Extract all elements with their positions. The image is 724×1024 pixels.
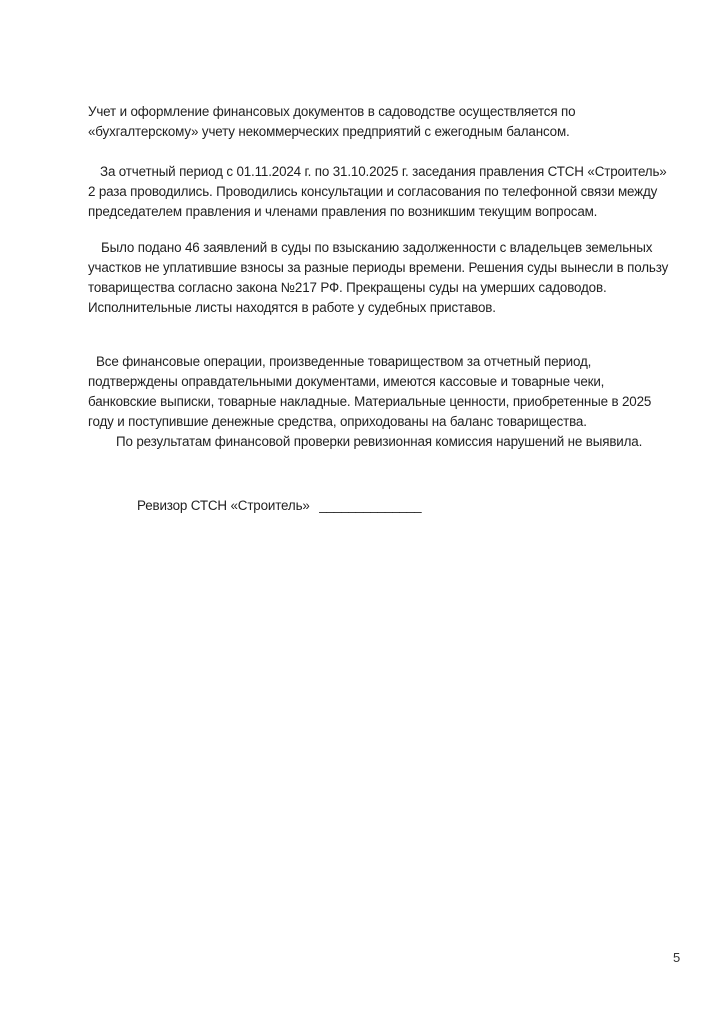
paragraph-court-claims-line-1: Было подано 46 заявлений в суды по взыск… [101, 240, 652, 256]
paragraph-accounting-line-2: «бухгалтерскому» учету некоммерческих пр… [88, 124, 570, 140]
page-number: 5 [673, 950, 680, 965]
signature-line: ______________ [319, 498, 421, 513]
paragraph-accounting-line-1: Учет и оформление финансовых документов … [88, 104, 575, 120]
paragraph-board-meetings-line-3: председателем правления и членами правле… [88, 204, 597, 220]
paragraph-financial-operations-line-3: банковские выписки, товарные накладные. … [88, 394, 651, 410]
paragraph-board-meetings-line-2: 2 раза проводились. Проводились консульт… [88, 184, 657, 200]
paragraph-financial-operations-line-4: году и поступившие денежные средства, оп… [88, 414, 587, 430]
signature-label: Ревизор СТСН «Строитель» [137, 498, 310, 513]
signature-block: Ревизор СТСН «Строитель» ______________ [137, 498, 421, 514]
paragraph-court-claims-line-2: участков не уплатившие взносы за разные … [88, 260, 668, 276]
paragraph-financial-operations-line-2: подтверждены оправдательными документами… [88, 374, 604, 390]
paragraph-audit-conclusion-line-1: По результатам финансовой проверки ревиз… [116, 434, 642, 450]
document-page: Учет и оформление финансовых документов … [0, 0, 724, 1024]
paragraph-board-meetings-line-1: За отчетный период с 01.11.2024 г. по 31… [100, 164, 667, 180]
paragraph-financial-operations-line-1: Все финансовые операции, произведенные т… [96, 354, 591, 370]
paragraph-court-claims-line-3: товарищества согласно закона №217 РФ. Пр… [88, 280, 607, 296]
paragraph-court-claims-line-4: Исполнительные листы находятся в работе … [88, 300, 496, 316]
